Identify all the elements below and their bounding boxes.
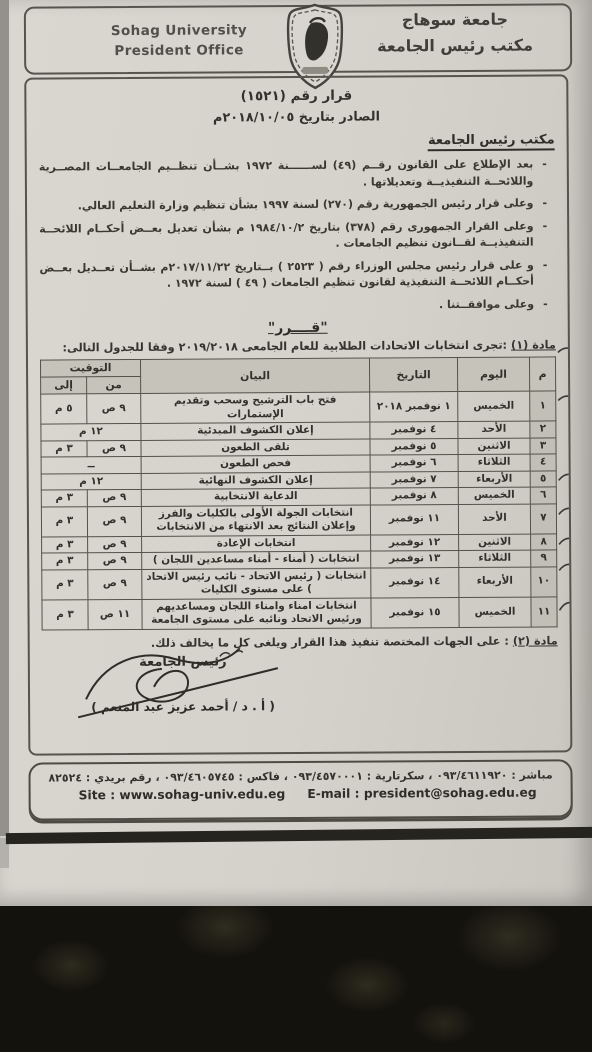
preamble-item: - وعلى موافقــتنا . — [40, 296, 548, 316]
cell-time-span: ١٢ م — [41, 473, 141, 490]
cell-description: فتح باب الترشيح وسحب وتقديم الإستمارات — [141, 392, 370, 423]
decree-body-box: قرار رقم (١٥٢١) الصادر بتاريخ ٢٠١٨/١٠/٠٥… — [24, 74, 572, 755]
cell-to: ٣ م — [41, 490, 87, 507]
cell-description: انتخابات امناء وامناء اللجان ومساعديهم و… — [142, 598, 371, 629]
cell-date: ٧ نوفمبر — [370, 471, 458, 488]
cell-to: ٣ م — [42, 553, 88, 570]
table-row: ١١ الخميس ١٥ نوفمبر انتخابات امناء وامنا… — [42, 597, 557, 630]
cell-index: ٨ — [531, 534, 557, 551]
cell-from: ٩ ص — [87, 490, 141, 507]
cell-index: ٣ — [530, 438, 556, 455]
table-row: ٧ الأحد ١١ نوفمبر انتخابات الجولة الأولى… — [41, 504, 556, 537]
cell-index: ٧ — [530, 504, 556, 534]
table-row: ١ الخميس ١ نوفمبر ٢٠١٨ فتح باب الترشيح و… — [41, 391, 556, 424]
cell-description: انتخابات الإعادة — [142, 535, 371, 553]
cell-date: ٤ نوفمبر — [370, 422, 458, 439]
cell-index: ٥ — [530, 471, 556, 488]
header-index: م — [529, 357, 555, 391]
signature-title: رئيس الجامعة — [58, 654, 308, 671]
bullet-dash: - — [542, 195, 547, 212]
header-from: من — [87, 376, 141, 393]
cell-index: ٤ — [530, 454, 556, 471]
cell-description: الدعاية الانتخابية — [141, 488, 370, 506]
cell-time-span: ١٢ م — [41, 424, 141, 441]
cell-day: الثلاثاء — [459, 550, 531, 567]
header-to: إلى — [41, 377, 87, 394]
cell-description: فحص الطعون — [141, 455, 370, 473]
header-day: اليوم — [457, 357, 529, 392]
cell-from: ٩ ص — [88, 569, 142, 599]
cell-date: ٨ نوفمبر — [370, 488, 458, 505]
cell-day: الخميس — [459, 597, 531, 627]
signature-name: ( أ . د / أحمد عزيز عبد المنعم ) — [58, 699, 308, 715]
cell-date: ١ نوفمبر ٢٠١٨ — [370, 392, 458, 423]
resolution-word: "قــــرر" — [40, 318, 556, 337]
cell-day: الأحد — [458, 421, 530, 438]
preamble-item: - و على قرار رئيس مجلس الوزراء رقم ( ٢٥٢… — [39, 257, 547, 293]
cell-description: انتخابات ( رئيس الاتحاد - نائب رئيس الات… — [142, 568, 371, 599]
cell-time-span: ــ — [41, 457, 141, 474]
table-header-row: م اليوم التاريخ البيان التوقيت — [40, 357, 555, 377]
article-2-label: مادة (٢) — [513, 634, 558, 647]
cell-description: إعلان الكشوف النهائية — [141, 472, 370, 490]
preamble-item: - بعد الإطلاع على القانون رقــم (٤٩) لسـ… — [39, 156, 547, 192]
cell-index: ١٠ — [531, 567, 557, 597]
cell-date: ٦ نوفمبر — [370, 455, 458, 472]
cell-from: ٩ ص — [87, 394, 141, 424]
cell-to: ٣ م — [42, 570, 88, 600]
cell-date: ١٥ نوفمبر — [371, 597, 459, 628]
decree-number-title: قرار رقم (١٥٢١) — [38, 86, 554, 105]
cell-day: الأربعاء — [459, 567, 531, 597]
letterhead-box: Sohag University President Office جامعة … — [24, 3, 572, 74]
header-timing: التوقيت — [40, 359, 140, 377]
cell-to: ٣ م — [42, 600, 88, 630]
cell-date: ١١ نوفمبر — [370, 504, 458, 535]
cell-from: ٩ ص — [87, 440, 141, 457]
cell-day: الاثنين — [458, 438, 530, 455]
article-2: مادة (٢) : على الجهات المختصة تنفيذ هذا … — [42, 634, 558, 650]
office-ar: مكتب رئيس الجامعة — [370, 32, 540, 59]
election-schedule-table: م اليوم التاريخ البيان التوقيت من إلى ١ … — [40, 356, 558, 630]
cell-day: الاثنين — [459, 534, 531, 551]
cell-date: ١٢ نوفمبر — [371, 534, 459, 551]
cell-index: ١١ — [531, 597, 557, 627]
bullet-dash: - — [543, 257, 548, 290]
cell-index: ٦ — [530, 487, 556, 504]
cell-date: ١٤ نوفمبر — [371, 567, 459, 598]
cell-description: تلقى الطعون — [141, 439, 370, 457]
cell-to: ٣ م — [41, 506, 87, 536]
cell-from: ٩ ص — [88, 553, 142, 570]
university-name-arabic: جامعة سوهاج مكتب رئيس الجامعة — [370, 7, 540, 59]
university-ar: جامعة سوهاج — [370, 7, 540, 34]
cell-date: ١٣ نوفمبر — [371, 551, 459, 568]
bullet-dash: - — [542, 156, 547, 189]
cell-day: الأحد — [458, 504, 530, 534]
cell-day: الثلاثاء — [458, 454, 530, 471]
cell-day: الخميس — [458, 487, 530, 504]
university-en: Sohag University — [84, 20, 274, 41]
cell-to: ٣ م — [41, 440, 87, 457]
footer-email: E-mail : president@sohag.edu.eg — [307, 786, 536, 801]
page-content: Sohag University President Office جامعة … — [0, 0, 592, 908]
signature-block: رئيس الجامعة ( أ . د / أحمد عزيز عبد الم… — [58, 654, 308, 715]
cell-description: انتخابات الجولة الأولى بالكليات والفرز و… — [141, 505, 370, 536]
preamble-item: - وعلى القرار الجمهورى رقم (٣٧٨) بتاريخ … — [39, 218, 547, 254]
preamble-list: - بعد الإطلاع على القانون رقــم (٤٩) لسـ… — [39, 156, 556, 315]
scanned-page: Sohag University President Office جامعة … — [0, 0, 592, 906]
cell-from: ٩ ص — [87, 506, 141, 536]
preamble-item: - وعلى قرار رئيس الجمهورية رقم (٢٧٠) لسن… — [39, 195, 547, 215]
table-row: ١٠ الأربعاء ١٤ نوفمبر انتخابات ( رئيس ال… — [42, 567, 557, 600]
page-bottom-rule — [6, 827, 592, 844]
footer-site: Site : www.sohag-univ.edu.eg — [79, 787, 286, 802]
cell-day: الخميس — [458, 391, 530, 421]
cell-index: ٢ — [530, 421, 556, 438]
article-1-label: مادة (١) — [511, 338, 556, 351]
cell-description: إعلان الكشوف المبدئية — [141, 422, 370, 440]
cell-description: انتخابات ( أمناء - أمناء مساعدين اللجان … — [142, 551, 371, 569]
article-2-text: : على الجهات المختصة تنفيذ هذا القرار وي… — [151, 635, 509, 650]
cell-from: ٩ ص — [88, 536, 142, 553]
cell-from: ١١ ص — [88, 599, 142, 629]
bullet-dash: - — [543, 218, 548, 251]
handwritten-tick-marks — [554, 338, 573, 648]
office-en: President Office — [84, 40, 274, 61]
scanned-decree-photo: { "header": { "university_en": "Sohag Un… — [0, 0, 592, 1052]
footer-web-line: Site : www.sohag-univ.edu.eg E-mail : pr… — [39, 781, 563, 802]
article-1: مادة (١) :تجرى انتخابات الاتحادات الطلاب… — [40, 338, 556, 354]
footer-contact-box: مباشر : ٠٩٣/٤٦١١٩٢٠ ، سكرتارية : ٠٩٣/٤٥٧… — [28, 759, 572, 820]
article-1-text: :تجرى انتخابات الاتحادات الطلابية للعام … — [62, 339, 507, 355]
cell-to: ٣ م — [42, 536, 88, 553]
bullet-dash: - — [543, 296, 548, 313]
cell-date: ٥ نوفمبر — [370, 438, 458, 455]
header-description: البيان — [140, 358, 369, 393]
university-name-english: Sohag University President Office — [84, 20, 274, 62]
cell-to: ٥ م — [41, 394, 87, 424]
header-date: التاريخ — [369, 358, 457, 393]
decree-date-line: الصادر بتاريخ ٢٠١٨/١٠/٠٥م — [38, 108, 554, 126]
cell-index: ٩ — [531, 550, 557, 567]
cell-index: ١ — [530, 391, 556, 421]
office-heading: مكتب رئيس الجامعة — [39, 132, 555, 150]
cell-day: الأربعاء — [458, 471, 530, 488]
